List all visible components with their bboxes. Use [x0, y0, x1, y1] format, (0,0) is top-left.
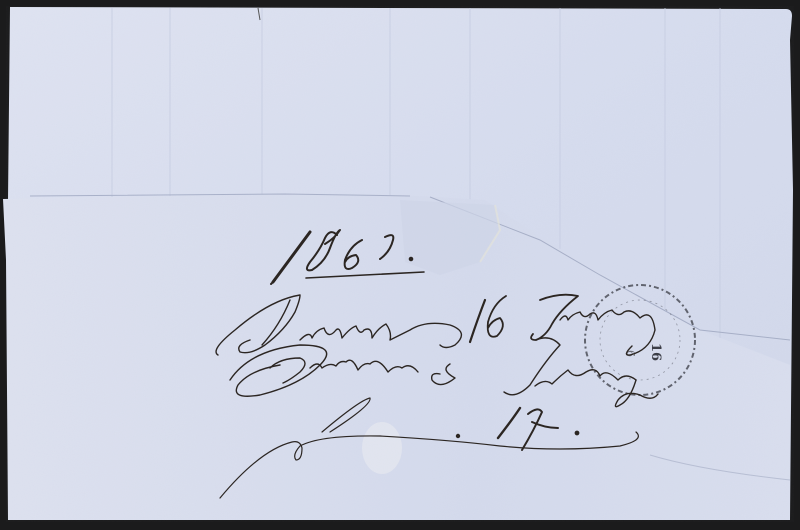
letter-scan: 16 6 [0, 0, 800, 530]
